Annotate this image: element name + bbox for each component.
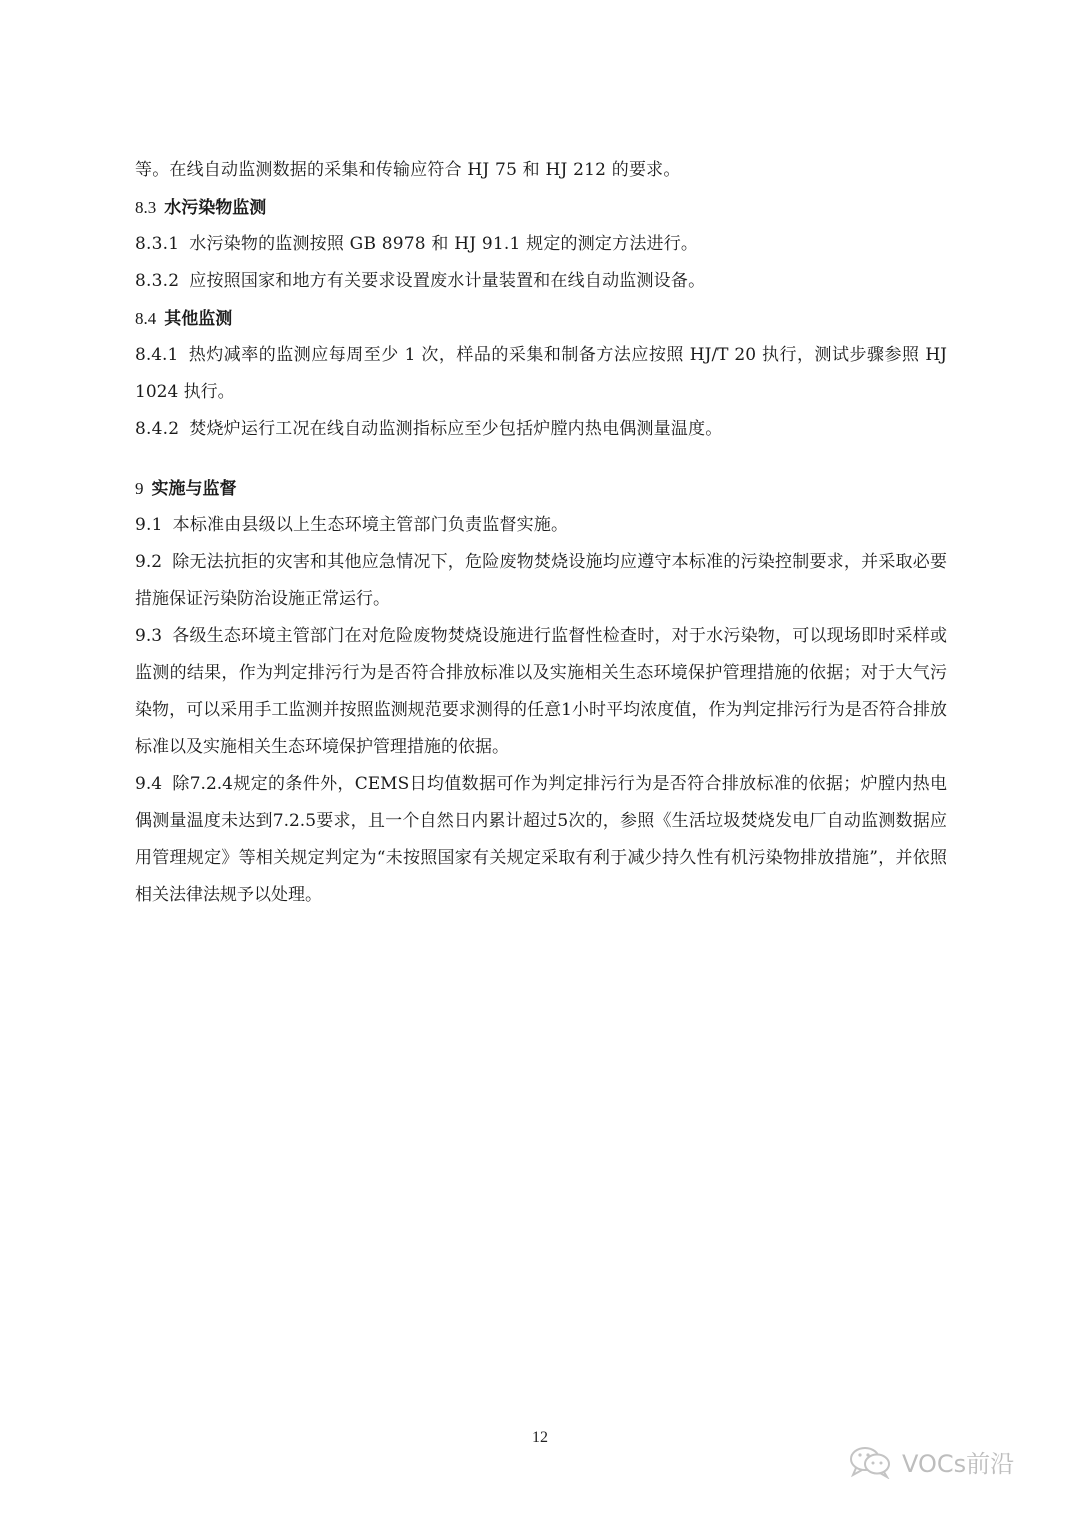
clause-text: 本标准由县级以上生态环境主管部门负责监督实施。 xyxy=(173,515,569,535)
clause-number: 9.1 xyxy=(135,515,163,535)
section-spacer xyxy=(135,448,947,470)
section-heading-8-3: 8.3水污染物监测 xyxy=(135,189,947,226)
clause-number: 8.4.1 xyxy=(135,345,178,365)
clause-number: 9.4 xyxy=(135,774,162,794)
clause-text: 应按照国家和地方有关要求设置废水计量装置和在线自动监测设备。 xyxy=(189,271,705,291)
section-heading-9: 9实施与监督 xyxy=(135,470,947,507)
clause-number: 8.3.1 xyxy=(135,234,179,254)
clause-9-4: 9.4除7.2.4规定的条件外，CEMS日均值数据可作为判定排污行为是否符合排放… xyxy=(135,766,947,914)
clause-8-3-1: 8.3.1水污染物的监测按照 GB 8978 和 HJ 91.1 规定的测定方法… xyxy=(135,226,947,263)
clause-8-4-2: 8.4.2焚烧炉运行工况在线自动监测指标应至少包括炉膛内热电偶测量温度。 xyxy=(135,411,947,448)
paragraph-text: 等。在线自动监测数据的采集和传输应符合 HJ 75 和 HJ 212 的要求。 xyxy=(135,160,681,180)
clause-number: 9.2 xyxy=(135,552,162,572)
clause-text: 水污染物的监测按照 GB 8978 和 HJ 91.1 规定的测定方法进行。 xyxy=(189,234,698,254)
clause-number: 9.3 xyxy=(135,626,162,646)
paragraph-continuation: 等。在线自动监测数据的采集和传输应符合 HJ 75 和 HJ 212 的要求。 xyxy=(135,152,947,189)
clause-number: 8.4.2 xyxy=(135,419,179,439)
clause-text: 除7.2.4规定的条件外，CEMS日均值数据可作为判定排污行为是否符合排放标准的… xyxy=(135,774,947,905)
watermark-text: VOCs前沿 xyxy=(902,1444,1014,1479)
clause-text: 除无法抗拒的灾害和其他应急情况下，危险废物焚烧设施均应遵守本标准的污染控制要求，… xyxy=(135,552,947,609)
clause-text: 各级生态环境主管部门在对危险废物焚烧设施进行监督性检查时，对于水污染物，可以现场… xyxy=(135,626,947,757)
section-number: 9 xyxy=(135,479,144,498)
clause-9-1: 9.1本标准由县级以上生态环境主管部门负责监督实施。 xyxy=(135,507,947,544)
clause-number: 8.3.2 xyxy=(135,271,179,291)
clause-text: 热灼减率的监测应每周至少 1 次，样品的采集和制备方法应按照 HJ/T 20 执… xyxy=(135,345,947,402)
wechat-icon xyxy=(848,1445,894,1479)
clause-9-3: 9.3各级生态环境主管部门在对危险废物焚烧设施进行监督性检查时，对于水污染物，可… xyxy=(135,618,947,766)
section-heading-8-4: 8.4其他监测 xyxy=(135,300,947,337)
section-title: 实施与监督 xyxy=(152,479,237,499)
section-title: 水污染物监测 xyxy=(164,198,266,218)
watermark: VOCs前沿 xyxy=(848,1444,1014,1479)
clause-8-3-2: 8.3.2应按照国家和地方有关要求设置废水计量装置和在线自动监测设备。 xyxy=(135,263,947,300)
clause-9-2: 9.2除无法抗拒的灾害和其他应急情况下，危险废物焚烧设施均应遵守本标准的污染控制… xyxy=(135,544,947,618)
document-page: 等。在线自动监测数据的采集和传输应符合 HJ 75 和 HJ 212 的要求。 … xyxy=(135,152,947,914)
clause-8-4-1: 8.4.1热灼减率的监测应每周至少 1 次，样品的采集和制备方法应按照 HJ/T… xyxy=(135,337,947,411)
section-title: 其他监测 xyxy=(164,309,232,329)
section-number: 8.4 xyxy=(135,309,156,328)
section-number: 8.3 xyxy=(135,198,156,217)
clause-text: 焚烧炉运行工况在线自动监测指标应至少包括炉膛内热电偶测量温度。 xyxy=(189,419,722,439)
